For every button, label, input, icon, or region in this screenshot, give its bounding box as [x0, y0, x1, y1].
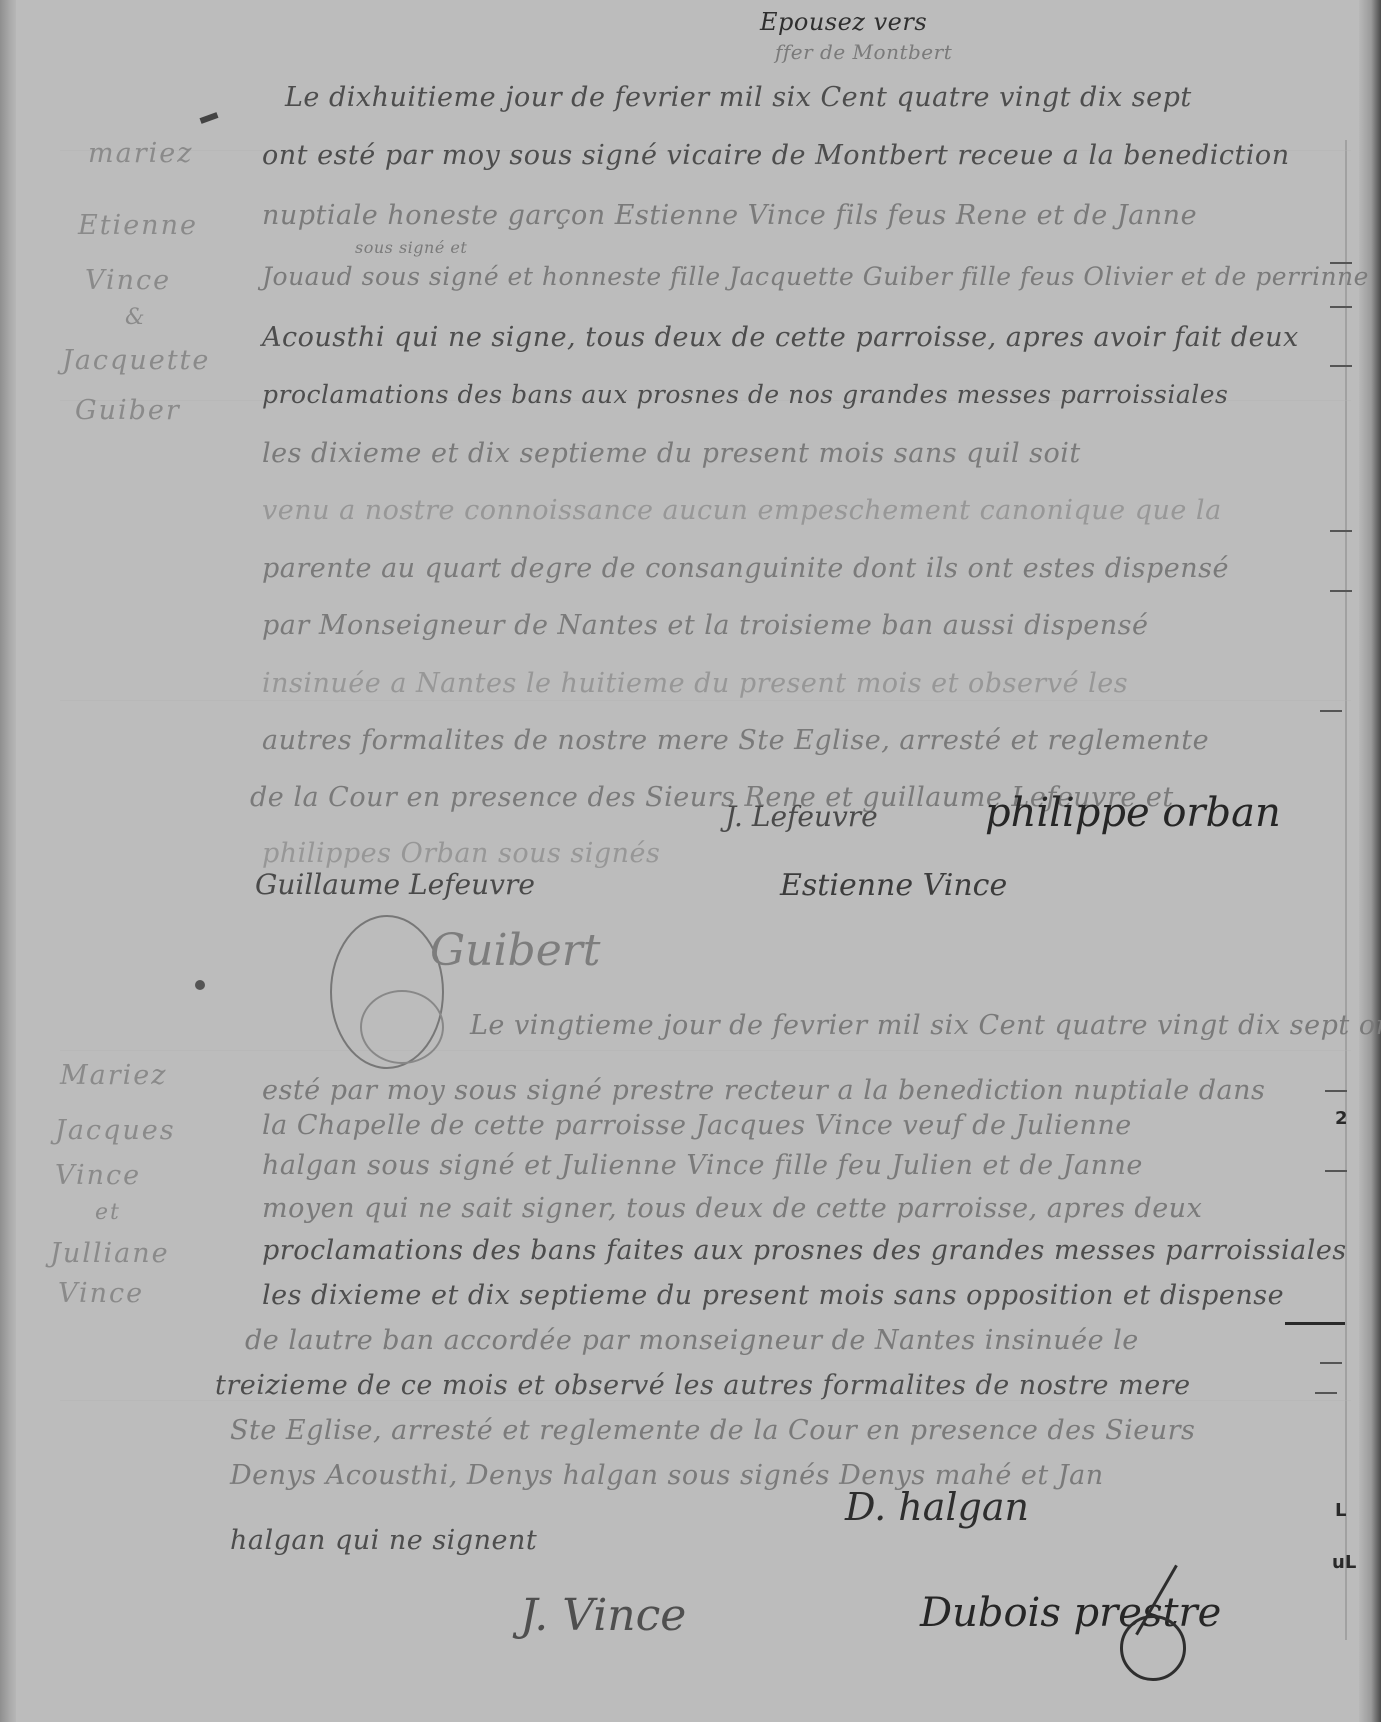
entry-1-line: autres formalites de nostre mere Ste Egl… [262, 725, 1209, 756]
entry-2-line: les dixieme et dix septieme du present m… [262, 1280, 1284, 1311]
entry-2-line: halgan qui ne signent [230, 1525, 537, 1556]
entry-1-line: parente au quart degre de consanguinite … [262, 553, 1229, 584]
entry-2-line: la Chapelle de cette parroisse Jacques V… [262, 1110, 1132, 1141]
edge-mark: uL [1332, 1552, 1356, 1573]
signature: D. halgan [845, 1485, 1029, 1529]
ruling-line [60, 1050, 1351, 1051]
signature: philippe orban [985, 790, 1281, 836]
line-end-dash [1320, 1362, 1342, 1364]
line-end-dash [1330, 262, 1352, 264]
paraph-flourish [1120, 1615, 1186, 1681]
ink-blot [195, 980, 205, 990]
entry-1-line: Jouaud sous signé et honneste fille Jacq… [262, 262, 1369, 291]
signature: J. Vince [520, 1590, 686, 1641]
line-end-dash [1330, 365, 1352, 367]
entry-2-line: treizieme de ce mois et observé les autr… [215, 1370, 1191, 1401]
strikethrough-mark [1285, 1322, 1345, 1325]
signature: Estienne Vince [780, 868, 1007, 903]
entry-2-line: Le vingtieme jour de fevrier mil six Cen… [470, 1010, 1381, 1041]
entry-1-interlinear: sous signé et [355, 238, 467, 257]
entry-1-line: Le dixhuitieme jour de fevrier mil six C… [285, 82, 1192, 113]
ink-mark [200, 112, 219, 124]
entry-1-line: par Monseigneur de Nantes et la troisiem… [262, 610, 1148, 641]
entry-1-line: les dixieme et dix septieme du present m… [262, 438, 1081, 469]
edge-mark: 2 [1335, 1108, 1348, 1129]
entry-1-line: insinuée a Nantes le huitieme du present… [262, 668, 1128, 699]
binding-edge [0, 0, 16, 1722]
ruling-line [60, 700, 1351, 701]
entry-1-line: philippes Orban sous signés [262, 838, 660, 869]
entry-1-line: nuptiale honeste garçon Estienne Vince f… [262, 200, 1197, 231]
line-end-dash [1330, 306, 1352, 308]
entry-2-line: halgan sous signé et Julienne Vince fill… [262, 1150, 1143, 1181]
line-end-dash [1330, 530, 1352, 532]
flourish-loop [360, 990, 444, 1064]
line-end-dash [1325, 1170, 1347, 1172]
entry-2-line: proclamations des bans faites aux prosne… [262, 1235, 1347, 1266]
entry-1-line: Acousthi qui ne signe, tous deux de cett… [262, 322, 1299, 353]
entry-1-line: ont esté par moy sous signé vicaire de M… [262, 140, 1290, 171]
edge-mark: L [1335, 1500, 1346, 1521]
line-end-dash [1330, 590, 1352, 592]
line-end-dash [1320, 710, 1342, 712]
page-right-edge [1359, 0, 1381, 1722]
entry-1-line: proclamations des bans aux prosnes de no… [262, 380, 1228, 409]
entry-2-line: esté par moy sous signé prestre recteur … [262, 1075, 1265, 1106]
signature: Guillaume Lefeuvre [255, 868, 535, 901]
header-line-1: Epousez vers [760, 8, 927, 36]
entry-2-line: Ste Eglise, arresté et reglemente de la … [230, 1415, 1195, 1446]
entry-1-line: venu a nostre connoissance aucun empesch… [262, 495, 1222, 526]
line-end-dash [1325, 1090, 1347, 1092]
entry-2-line: moyen qui ne sait signer, tous deux de c… [262, 1193, 1202, 1224]
entry-2-line: de lautre ban accordée par monseigneur d… [245, 1325, 1139, 1356]
line-end-dash [1315, 1392, 1337, 1394]
register-page: Epousez vers ffer de Montbert mariez Eti… [0, 0, 1381, 1722]
signature: J. Lefeuvre [725, 800, 878, 833]
signature: Guibert [430, 925, 600, 976]
header-line-2: ffer de Montbert [775, 40, 952, 64]
